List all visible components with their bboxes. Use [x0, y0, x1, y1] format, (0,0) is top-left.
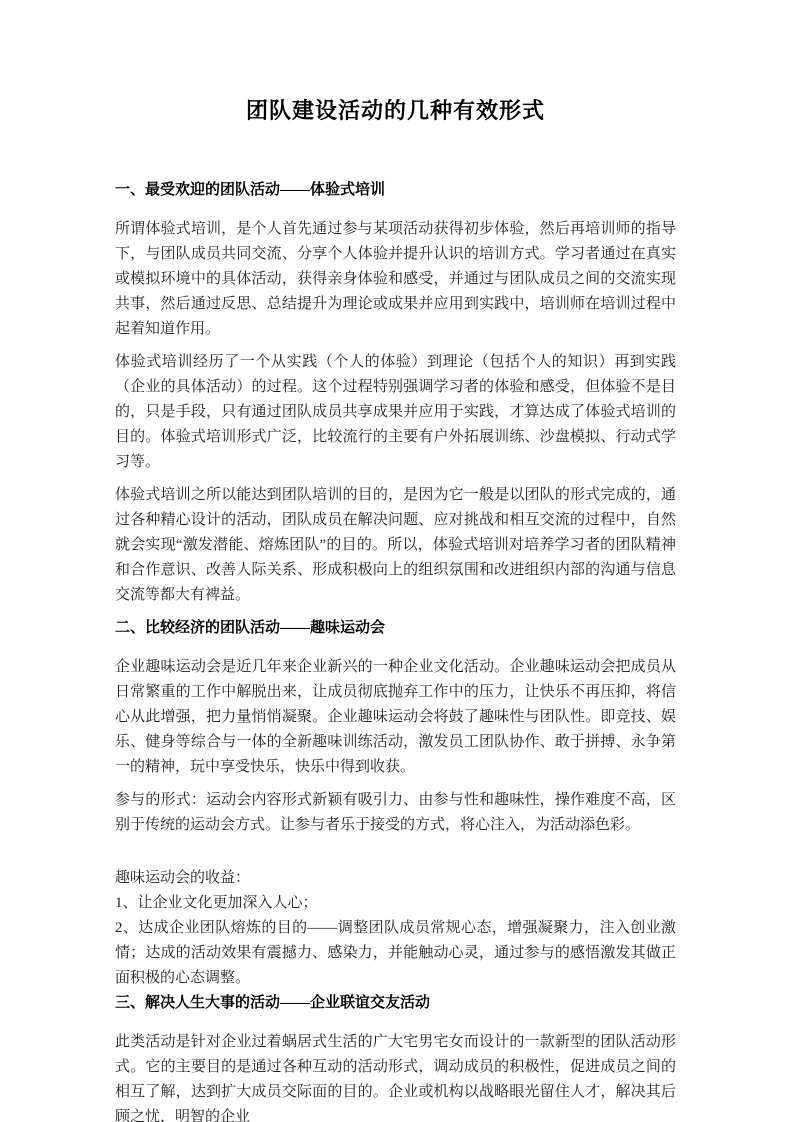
section-1-paragraph-2: 体验式培训经历了一个从实践（个人的体验）到理论（包括个人的知识）再到实践（企业的… — [115, 350, 676, 475]
benefits-list: 趣味运动会的收益： 1、让企业文化更加深入人心； 2、达成企业团队熔炼的目的——… — [115, 866, 676, 991]
section-1-heading: 一、最受欢迎的团队活动——体验式培训 — [115, 178, 676, 203]
section-1-paragraph-1: 所谓体验式培训，是个人首先通过参与某项活动获得初步体验，然后再培训师的指导下，与… — [115, 217, 676, 342]
section-2-paragraph-2: 参与的形式：运动会内容形式新颖有吸引力、由参与性和趣味性，操作难度不高，区别于传… — [115, 788, 676, 838]
section-3-heading: 三、解决人生大事的活动——企业联谊交友活动 — [115, 991, 676, 1016]
document-content: 团队建设活动的几种有效形式 一、最受欢迎的团队活动——体验式培训 所谓体验式培训… — [0, 0, 793, 1122]
benefits-item-1: 1、让企业文化更加深入人心； — [115, 891, 676, 916]
section-2-heading: 二、比较经济的团队活动——趣味运动会 — [115, 616, 676, 641]
section-3-paragraph-1: 此类活动是针对企业过着蜗居式生活的广大宅男宅女而设计的一款新型的团队活动形式。它… — [115, 1030, 676, 1122]
document-page: 团队建设活动的几种有效形式 一、最受欢迎的团队活动——体验式培训 所谓体验式培训… — [0, 0, 793, 1122]
document-title: 团队建设活动的几种有效形式 — [115, 96, 676, 126]
benefits-item-2: 2、达成企业团队熔炼的目的——调整团队成员常规心态，增强凝聚力，注入创业激情；达… — [115, 916, 676, 991]
section-2-paragraph-1: 企业趣味运动会是近几年来企业新兴的一种企业文化活动。企业趣味运动会把成员从日常繁… — [115, 655, 676, 780]
section-1-paragraph-3: 体验式培训之所以能达到团队培训的目的，是因为它一般是以团队的形式完成的，通过各种… — [115, 483, 676, 608]
benefits-label: 趣味运动会的收益： — [115, 866, 676, 891]
